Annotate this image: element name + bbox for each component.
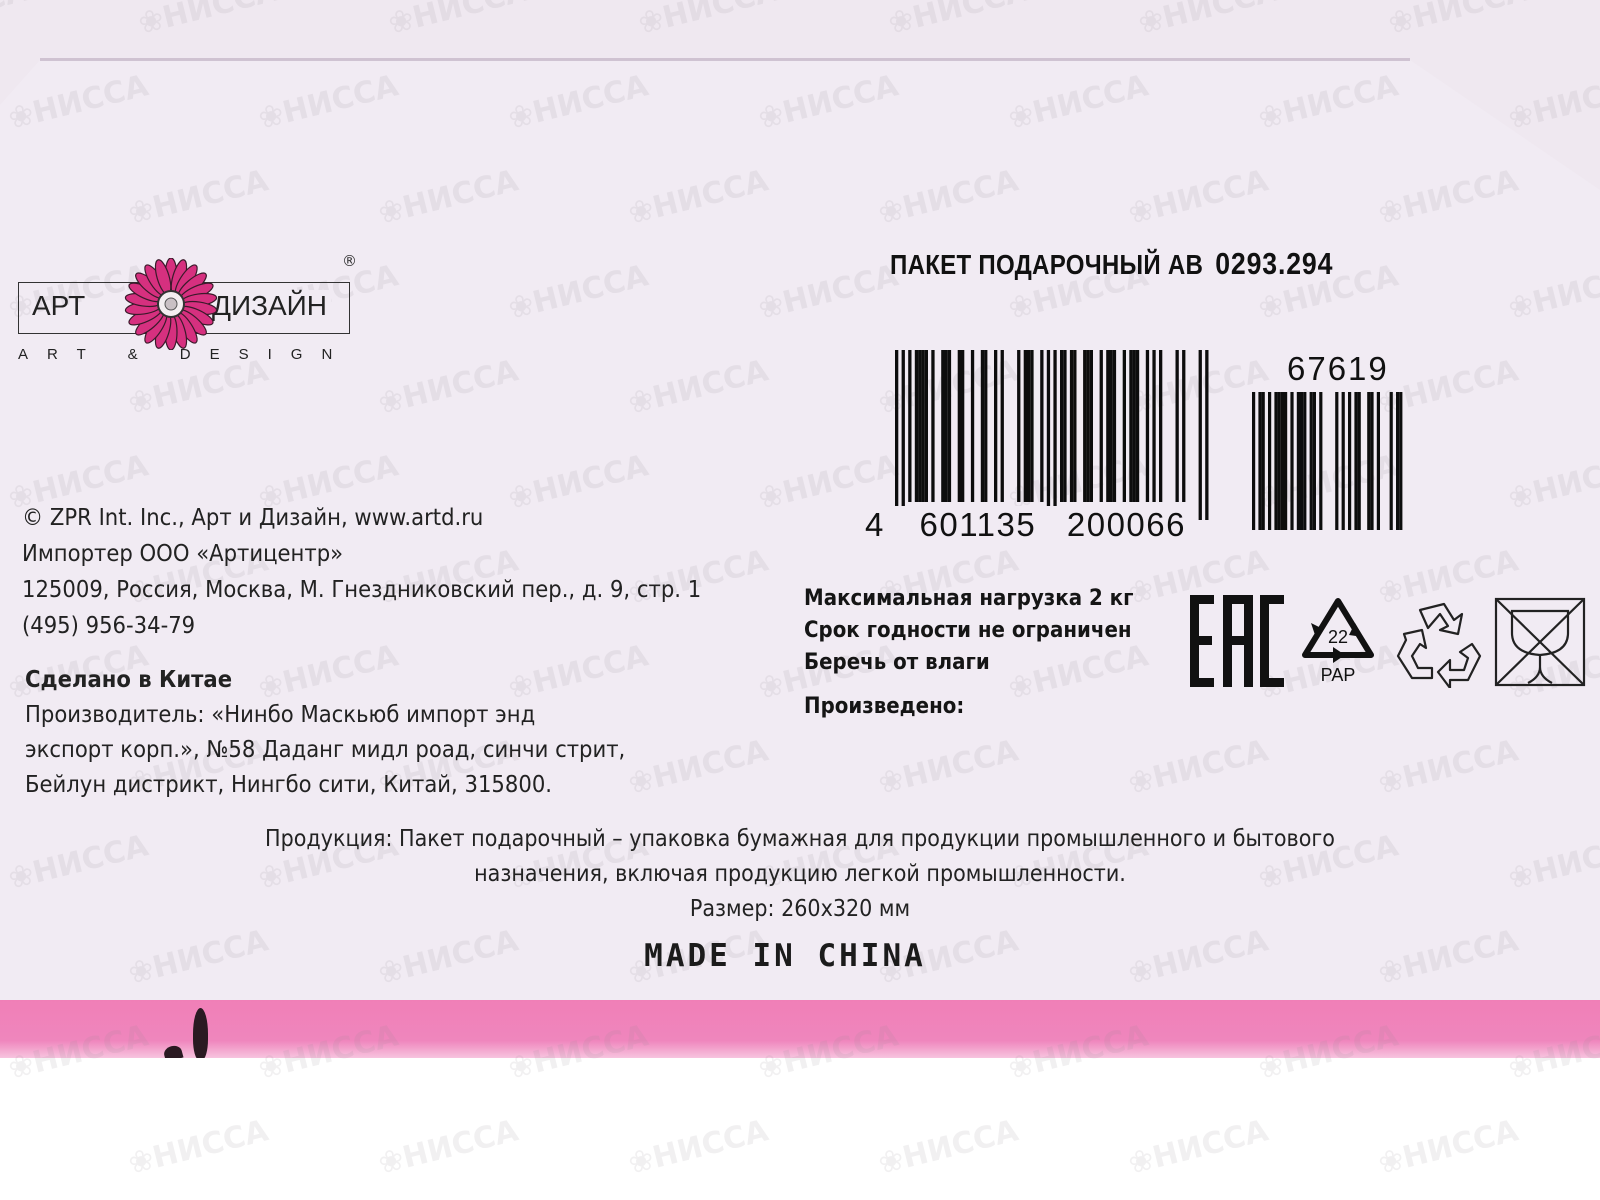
brand-logo: АРТ ДИЗАЙН ® ART & DESIGN [18,258,363,370]
importer-info: © ZPR Int. Inc., Арт и Дизайн, www.artd.… [22,500,701,644]
manufacturer-line: Бейлун дистрикт, Нингбо сити, Китай, 315… [25,768,625,803]
description-line: назначения, включая продукцию легкой про… [80,857,1520,892]
white-area [0,1058,1600,1200]
product-properties: Максимальная нагрузка 2 кг Срок годности… [804,583,1133,723]
addon-barcode [1252,392,1422,530]
manufacturer-line: Производитель: «Нинбо Маскьюб импорт энд [25,698,625,733]
leaf-decoration [193,1008,208,1060]
importer-line: Импортер ООО «Артицентр» [22,536,701,572]
ean-right-group: 200066 [1064,506,1189,543]
pink-band [0,1000,1600,1058]
address-line: 125009, Россия, Москва, М. Гнездниковски… [22,572,701,608]
produced-label: Произведено: [804,691,1133,723]
registered-mark: ® [342,252,357,270]
recycling-pap-icon: 22 PAP [1297,595,1379,687]
product-name: ПАКЕТ ПОДАРОЧНЫЙ АВ [890,249,1203,280]
eac-icon [1190,595,1285,687]
ean-first-digit: 4 [862,506,888,543]
storage-note: Беречь от влаги [804,647,1133,679]
made-in-china: MADE IN CHINA [0,938,1570,974]
manufacturer-info: Сделано в Китае Производитель: «Нинбо Ма… [25,663,625,803]
svg-text:PAP: PAP [1321,665,1356,685]
phone-line: (495) 956-34-79 [22,608,701,644]
ean-digits: 4 601135 200066 [862,506,1189,544]
made-in-heading: Сделано в Китае [25,663,625,698]
not-food-safe-icon [1494,597,1586,687]
ean-left-group: 601135 [917,506,1040,543]
sheet-edge [40,58,1410,61]
addon-digits: 67619 [1287,350,1389,388]
size-line: Размер: 260x320 мм [80,892,1520,927]
svg-text:22: 22 [1328,627,1348,647]
copyright-line: © ZPR Int. Inc., Арт и Дизайн, www.artd.… [22,500,701,536]
shelf-life: Срок годности не ограничен [804,615,1133,647]
manufacturer-line: экспорт корп.», №58 Даданг мидл роад, си… [25,733,625,768]
max-load: Максимальная нагрузка 2 кг [804,583,1133,615]
logo-subtitle: ART & DESIGN [18,346,351,363]
flower-icon [116,258,226,350]
recycle-icon [1392,598,1484,688]
description-line: Продукция: Пакет подарочный – упаковка б… [80,822,1520,857]
product-article: 0293.294 [1215,246,1333,281]
ean-barcode [895,350,1235,520]
product-title: ПАКЕТ ПОДАРОЧНЫЙ АВ0293.294 [890,246,1333,282]
logo-text-left: АРТ [32,290,85,322]
product-description: Продукция: Пакет подарочный – упаковка б… [0,822,1600,927]
logo-text-right: ДИЗАЙН [208,290,331,322]
